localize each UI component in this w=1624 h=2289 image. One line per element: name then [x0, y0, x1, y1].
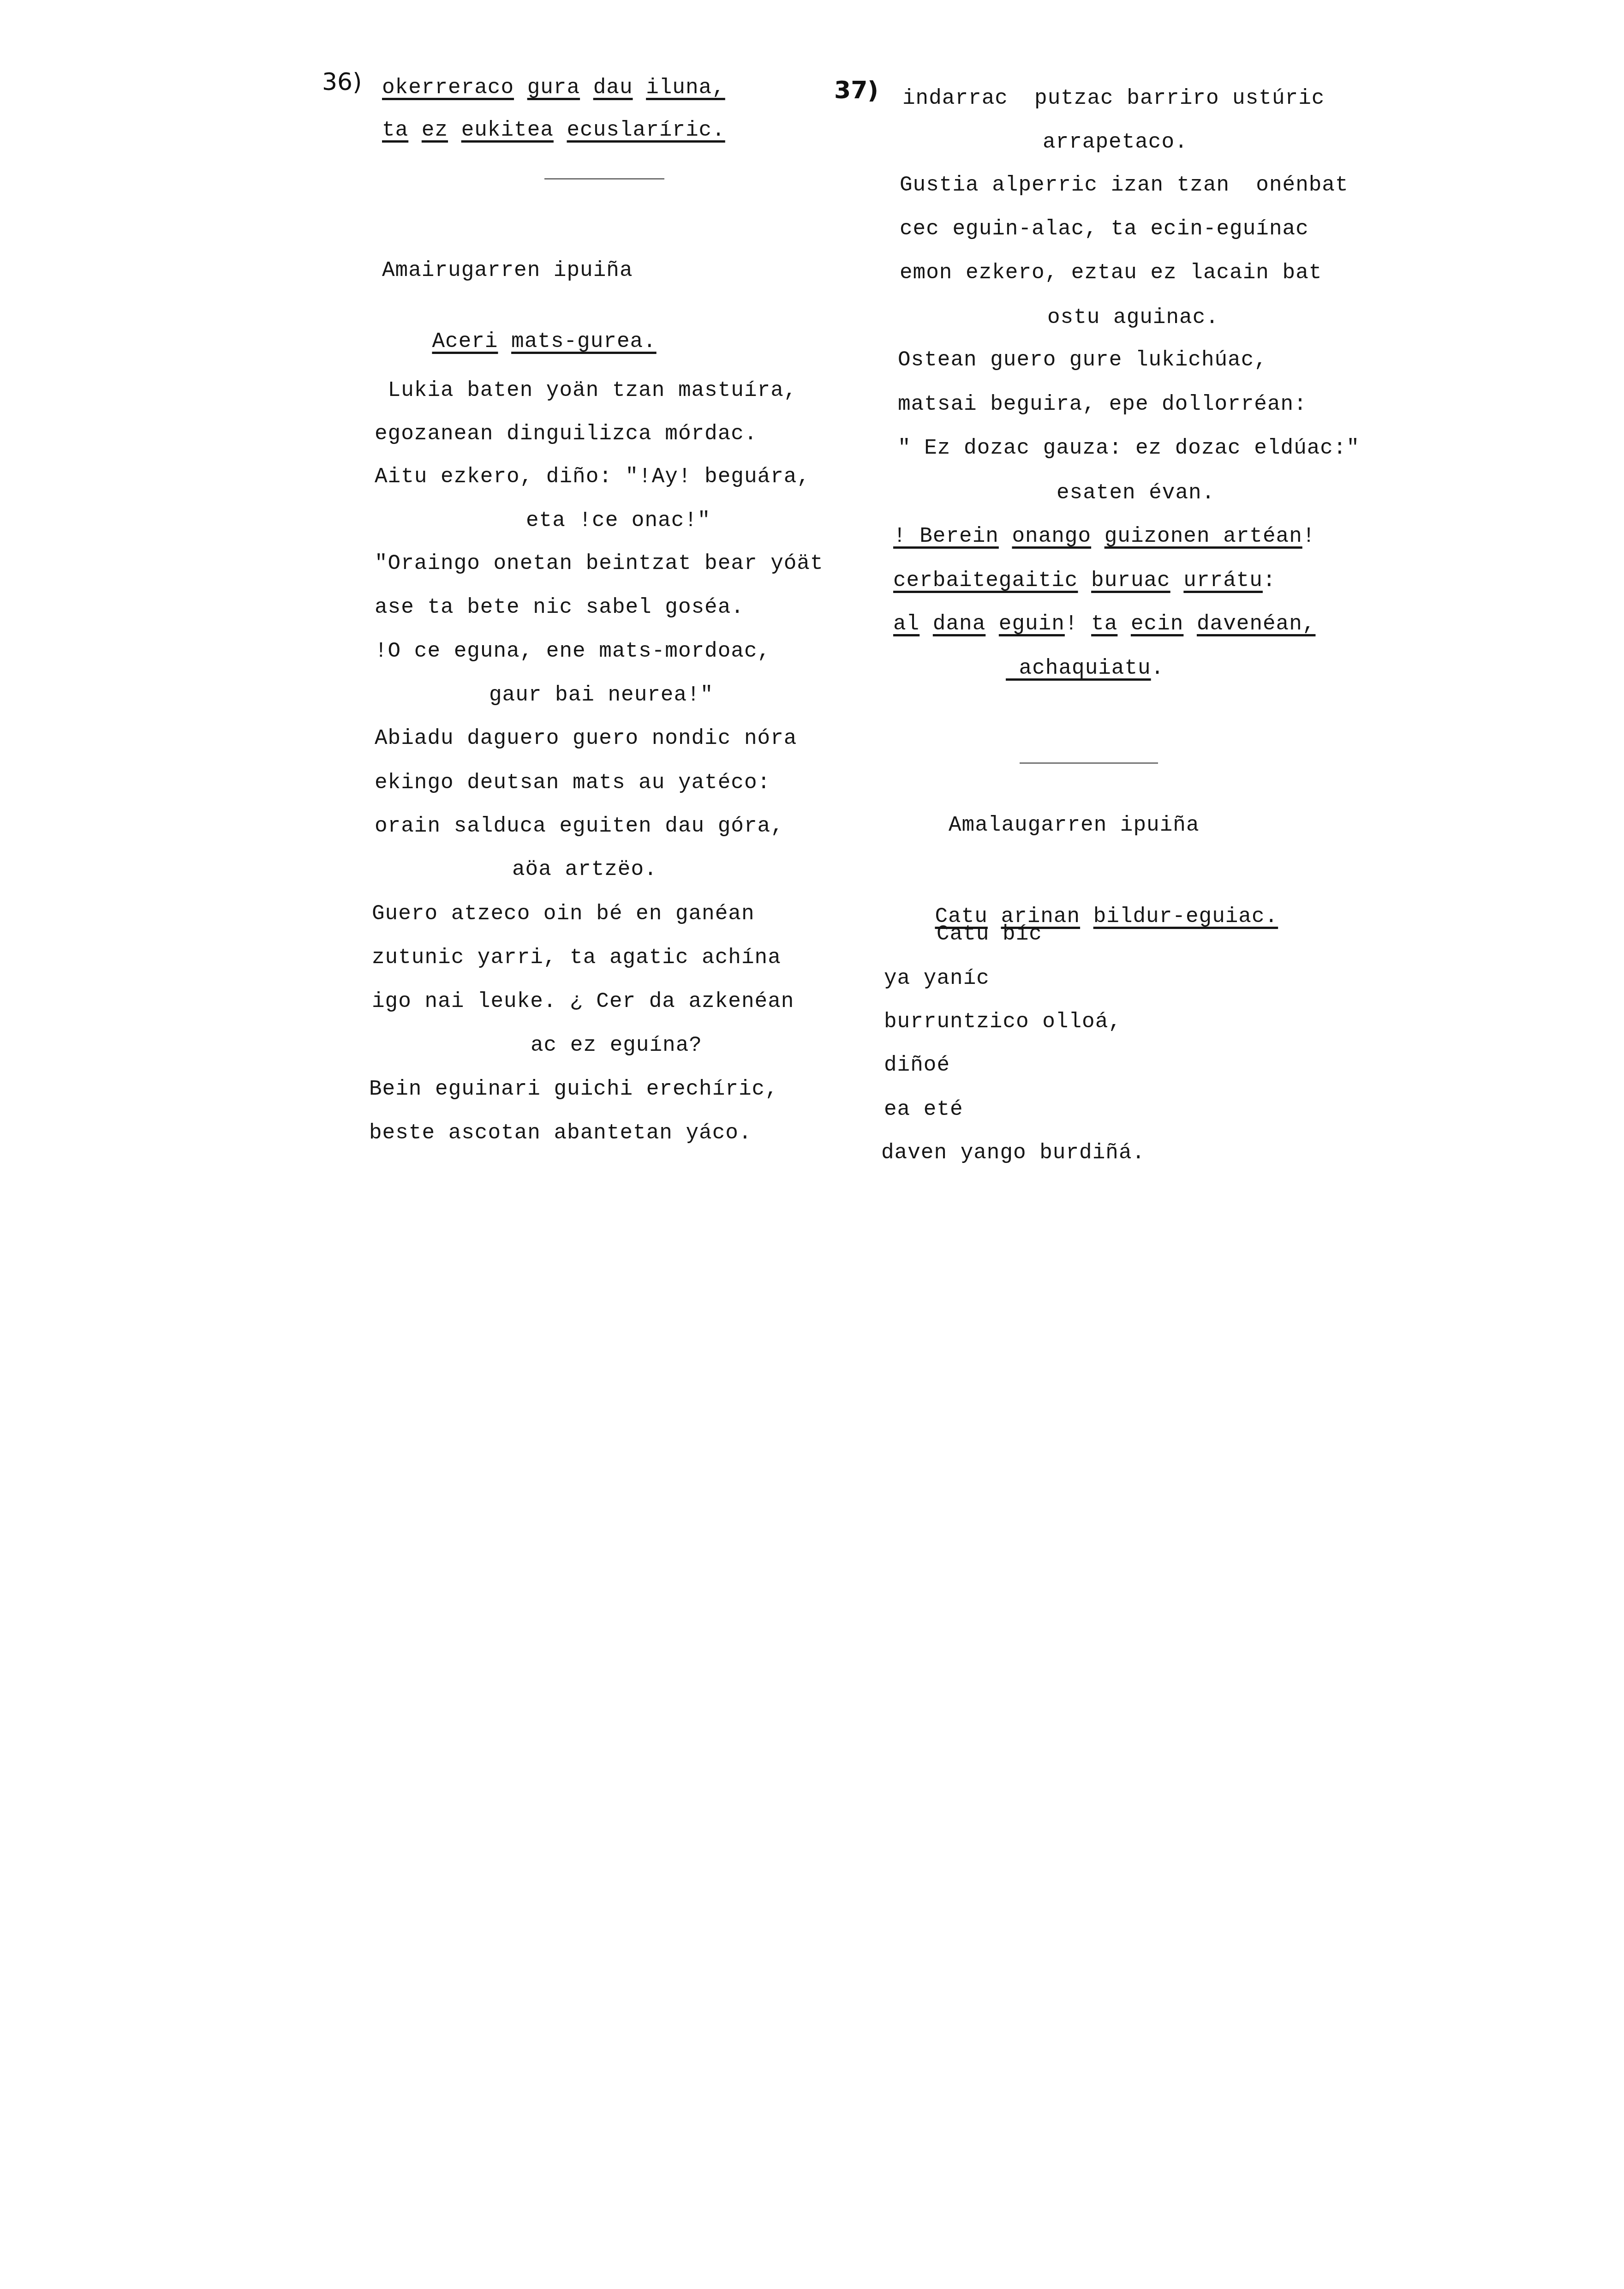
fable-line: Ostean guero gure lukichúac,: [898, 347, 1267, 373]
verse-line: ta ez eukitea ecuslaríric.: [382, 117, 725, 143]
fable-line: orain salduca eguiten dau góra,: [375, 813, 784, 839]
fable-line: cec eguin-alac, ta ecin-eguínac: [900, 216, 1309, 242]
fable-line: arrapetaco.: [1043, 129, 1188, 155]
moral-line: al dana eguin! ta ecin davenéan,: [893, 611, 1315, 637]
fable-line: emon ezkero, eztau ez lacain bat: [900, 260, 1322, 286]
fable-line: Bein eguinari guichi erechíric,: [369, 1076, 778, 1102]
fable-line: matsai beguira, epe dollorréan:: [898, 391, 1307, 417]
poem-line: diñoé: [884, 1052, 950, 1078]
fable-line: zutunic yarri, ta agatic achína: [372, 945, 781, 971]
section-divider: [544, 178, 664, 180]
poem-line: Catu bíc: [937, 921, 1042, 947]
fable-line: Aitu ezkero, diño: "!Ay! beguára,: [375, 464, 810, 490]
fable-line: ostu aguinac.: [1047, 305, 1219, 330]
fable-line: !O ce eguna, ene mats-mordoac,: [375, 638, 770, 664]
moral-line: ! Berein onango guizonen artéan!: [893, 523, 1315, 549]
moral-line: achaquiatu.: [1006, 655, 1164, 681]
fable-line: egozanean dinguilizca mórdac.: [375, 421, 758, 447]
fable-line: " Ez dozac gauza: ez dozac eldúac:": [898, 435, 1360, 461]
section-divider: [1020, 762, 1158, 764]
fable-line: aöa artzëo.: [512, 857, 657, 882]
moral-line: cerbaitegaitic buruac urrátu:: [893, 568, 1276, 593]
fable-line: ase ta bete nic sabel goséa.: [375, 594, 744, 620]
fable-line: ac ez eguína?: [531, 1032, 702, 1058]
poem-line: burruntzico olloá,: [884, 1009, 1122, 1035]
fable-line: beste ascotan abantetan yáco.: [369, 1120, 752, 1146]
fable-line: indarrac putzac barriro ustúric: [902, 85, 1325, 111]
fable-line: Guero atzeco oin bé en ganéan: [372, 901, 755, 927]
fable-line: ekingo deutsan mats au yatéco:: [375, 770, 770, 796]
fable-line: gaur bai neurea!": [489, 682, 713, 708]
verse-line: okerreraco gura dau iluna,: [382, 75, 725, 101]
fable-line: Gustia alperric izan tzan onénbat: [900, 172, 1349, 198]
typewritten-page: 36) okerreraco gura dau iluna,ta ez euki…: [0, 0, 1624, 2289]
fable-heading-13: Amairugarren ipuiña: [382, 258, 633, 283]
fable-heading-14: Amalaugarren ipuiña: [949, 812, 1200, 838]
fable-line: eta !ce onac!": [526, 508, 710, 533]
fable-line: Lukia baten yoän tzan mastuíra,: [375, 378, 797, 403]
fable-line: igo nai leuke. ¿ Cer da azkenéan: [372, 989, 794, 1014]
verse-number-36: 36): [322, 69, 362, 95]
poem-line: daven yango burdiñá.: [881, 1140, 1145, 1166]
fable-title-13: Aceri mats-gurea.: [379, 303, 657, 380]
fable-line: esaten évan.: [1057, 480, 1215, 506]
fable-line: "Oraingo onetan beintzat bear yóät: [375, 551, 824, 576]
verse-number-37: 37): [834, 78, 878, 103]
fable-line: Abiadu daguero guero nondic nóra: [375, 725, 797, 751]
poem-line: ya yaníc: [884, 965, 990, 991]
poem-line: ea eté: [884, 1097, 963, 1122]
